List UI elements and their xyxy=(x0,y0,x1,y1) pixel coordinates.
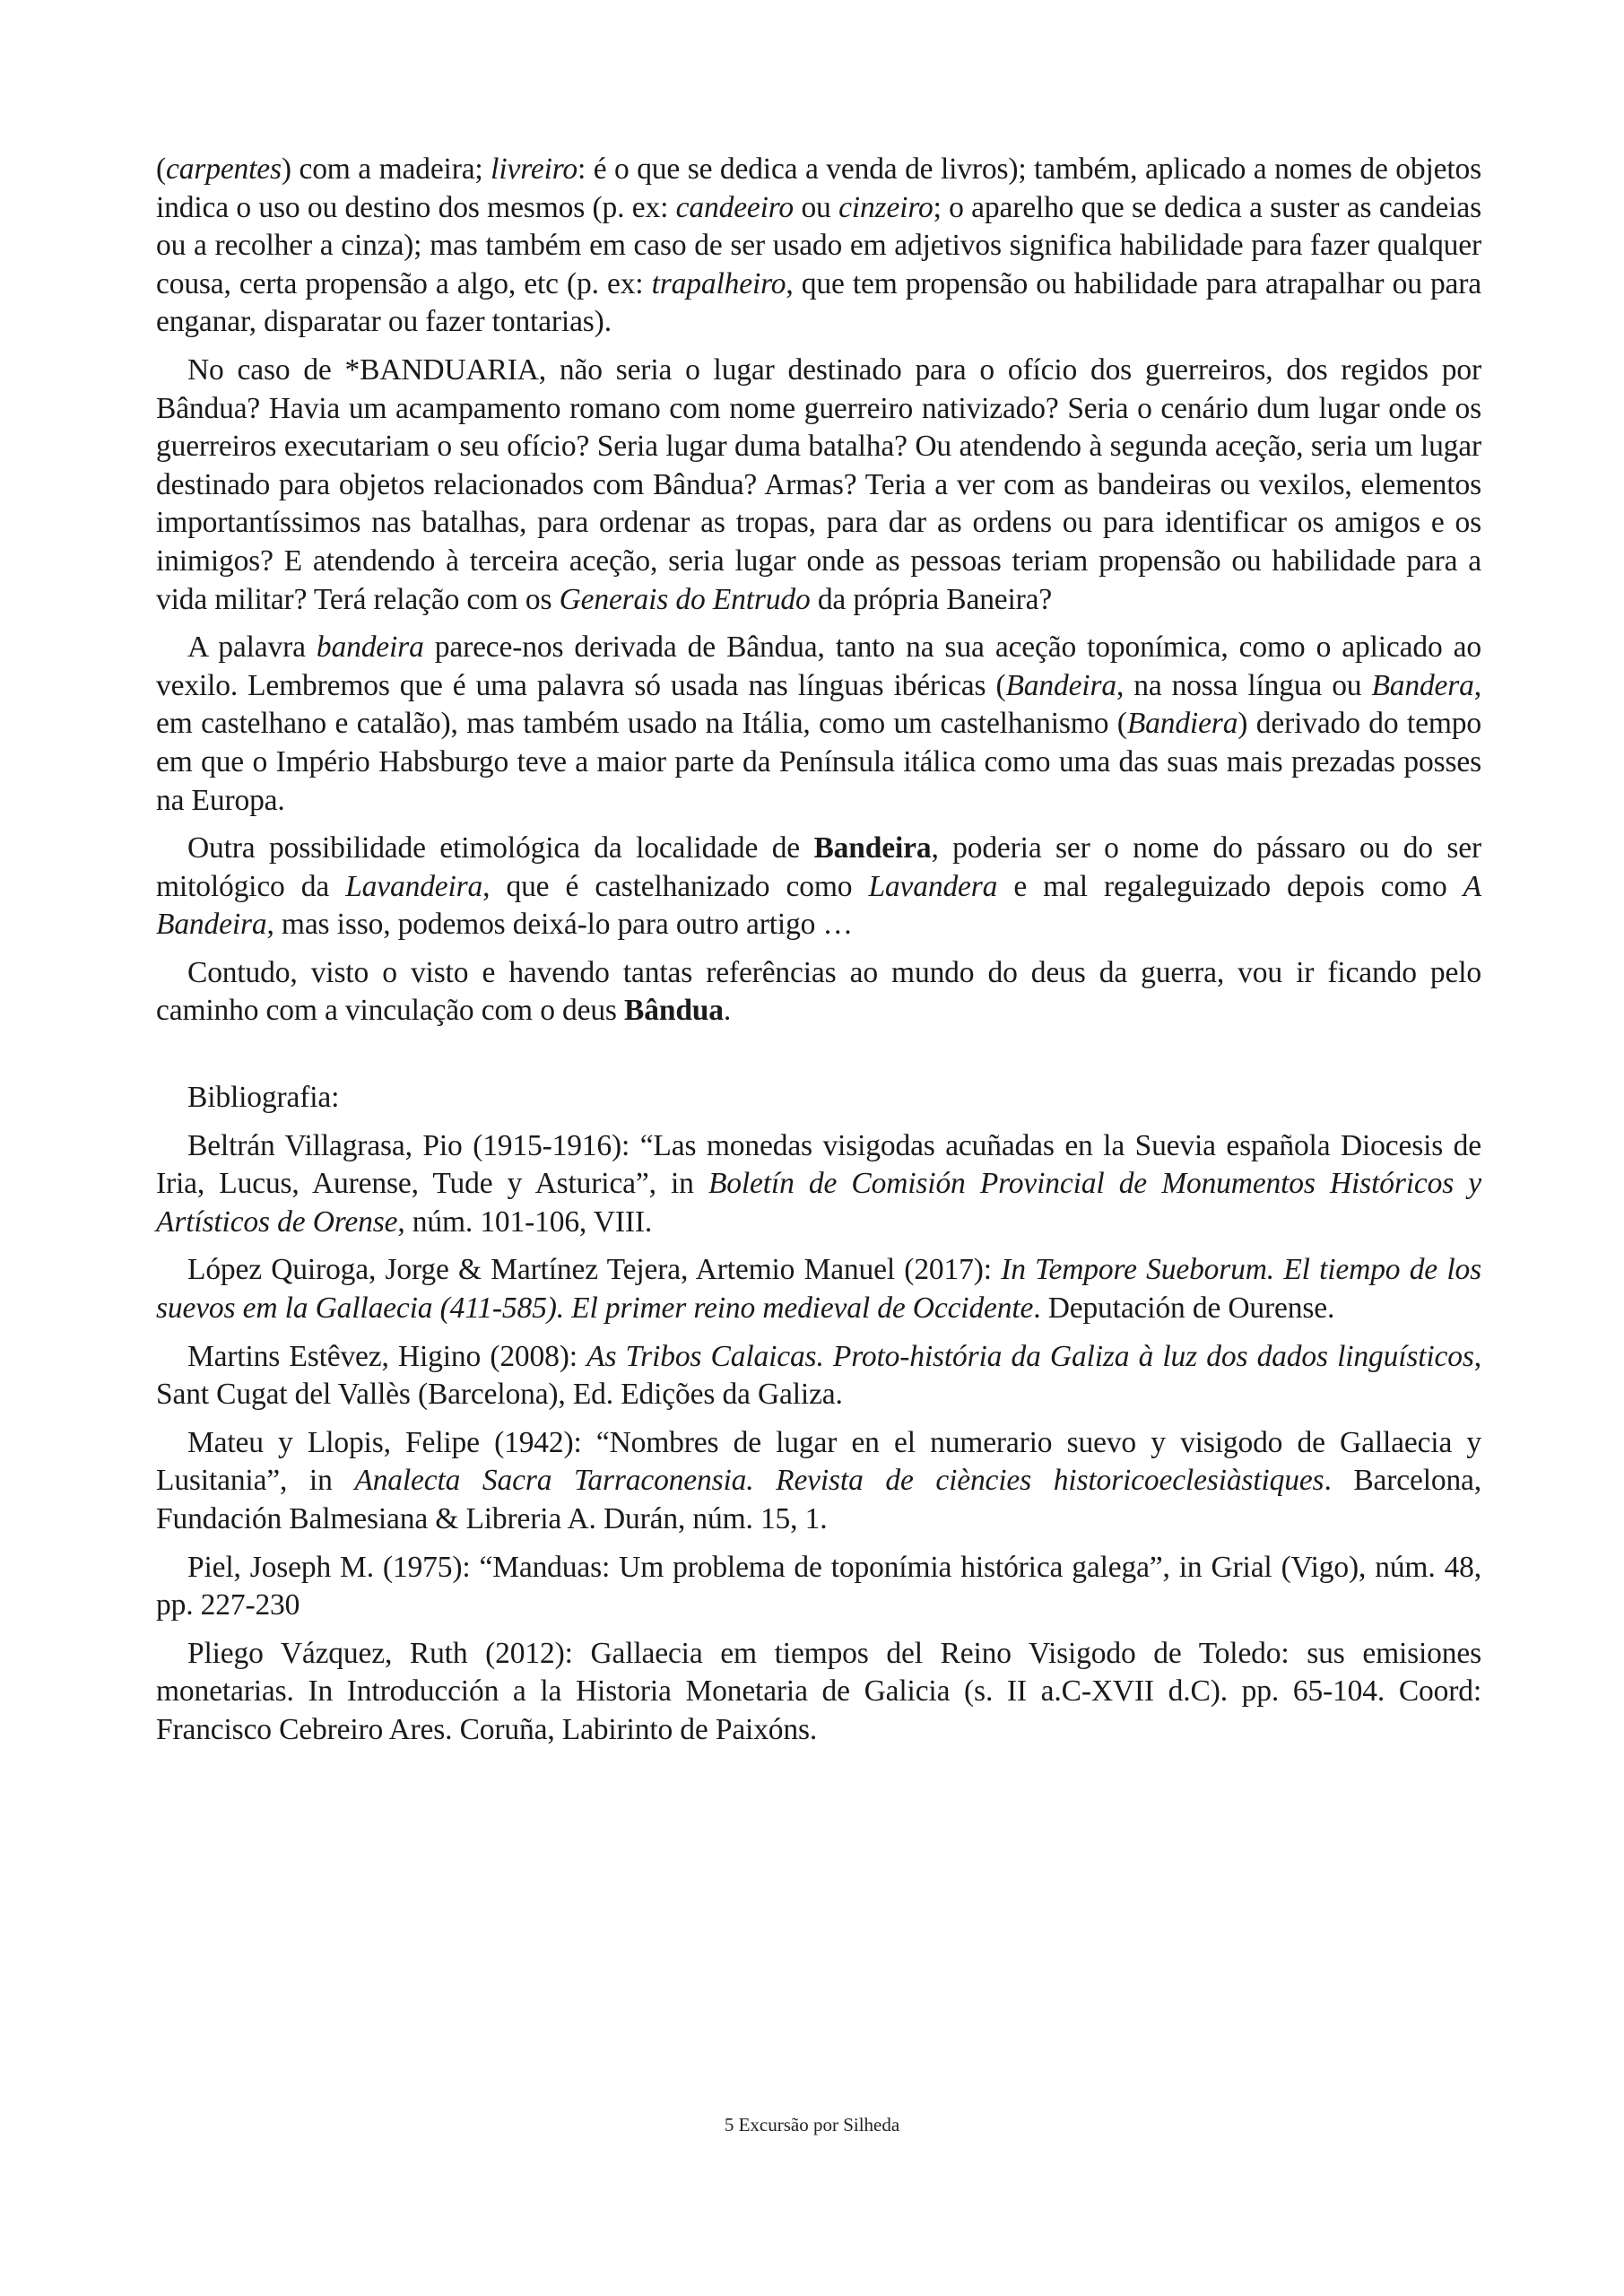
text-run: A palavra xyxy=(187,631,317,664)
bibliography-entry: Mateu y Llopis, Felipe (1942): “Nombres … xyxy=(156,1424,1481,1539)
page-footer: 5 Excursão por Silheda xyxy=(0,2114,1624,2136)
body-paragraph: (carpentes) com a madeira; livreiro: é o… xyxy=(156,151,1481,342)
text-run: . xyxy=(724,994,731,1027)
body-paragraph: A palavra bandeira parece-nos derivada d… xyxy=(156,629,1481,820)
italic-text: Lavandeira xyxy=(345,870,482,903)
italic-text: livreiro xyxy=(491,152,578,186)
text-run: . Deputación de Ourense. xyxy=(1033,1291,1334,1325)
bibliography-heading: Bibliografia: xyxy=(156,1079,1481,1118)
text-run: ( xyxy=(156,152,166,186)
document-page: (carpentes) com a madeira; livreiro: é o… xyxy=(156,151,1481,1760)
text-run: Martins Estêvez, Higino (2008): xyxy=(187,1340,586,1373)
italic-text: carpentes xyxy=(166,152,282,186)
bibliography-entry: Beltrán Villagrasa, Pio (1915-1916): “La… xyxy=(156,1127,1481,1242)
italic-text: bandeira xyxy=(317,631,424,664)
text-run: Pliego Vázquez, Ruth (2012): Gallaecia e… xyxy=(156,1637,1481,1746)
text-run: , mas isso, podemos deixá-lo para outro … xyxy=(266,908,852,941)
body-paragraph: Contudo, visto o visto e havendo tantas … xyxy=(156,954,1481,1031)
bold-text: Bândua xyxy=(624,994,724,1027)
text-run: da própria Baneira? xyxy=(811,583,1053,616)
text-run: e mal regaleguizado depois como xyxy=(997,870,1463,903)
text-run: , que é castelhanizado como xyxy=(482,870,868,903)
text-run: Contudo, visto o visto e havendo tantas … xyxy=(156,956,1481,1028)
italic-text: cinzeiro xyxy=(838,191,933,224)
bibliography-entry: Pliego Vázquez, Ruth (2012): Gallaecia e… xyxy=(156,1635,1481,1750)
italic-text: candeeiro xyxy=(676,191,794,224)
bibliography-entry: Martins Estêvez, Higino (2008): As Tribo… xyxy=(156,1338,1481,1414)
body-paragraph: No caso de *BANDUARIA, não seria o lugar… xyxy=(156,352,1481,619)
bibliography-entry: López Quiroga, Jorge & Martínez Tejera, … xyxy=(156,1251,1481,1327)
italic-text: Analecta Sacra Tarraconensia. Revista de… xyxy=(354,1464,1324,1497)
text-run: , na nossa língua ou xyxy=(1116,669,1371,702)
text-run: Outra possibilidade etimológica da local… xyxy=(187,831,813,865)
italic-text: Bandiera xyxy=(1127,707,1238,740)
text-run: No caso de *BANDUARIA, não seria o lugar… xyxy=(156,353,1481,616)
italic-text: Generais do Entrudo xyxy=(560,583,811,616)
italic-text: trapalheiro xyxy=(652,267,786,300)
bold-text: Bandeira xyxy=(813,831,931,865)
italic-text: Lavandera xyxy=(868,870,997,903)
body-paragraph: Outra possibilidade etimológica da local… xyxy=(156,830,1481,944)
italic-text: Bandeira xyxy=(1005,669,1116,702)
text-run: ) com a madeira; xyxy=(282,152,491,186)
italic-text: As Tribos Calaicas. Proto-história da Ga… xyxy=(586,1340,1474,1373)
bibliography-entry: Piel, Joseph M. (1975): “Manduas: Um pro… xyxy=(156,1549,1481,1625)
text-run: Piel, Joseph M. (1975): “Manduas: Um pro… xyxy=(156,1551,1481,1622)
italic-text: Bandera xyxy=(1371,669,1473,702)
bibliography-section: Bibliografia: Beltrán Villagrasa, Pio (1… xyxy=(156,1079,1481,1750)
text-run: ou xyxy=(794,191,838,224)
text-run: , núm. 101-106, VIII. xyxy=(397,1205,652,1239)
text-run: López Quiroga, Jorge & Martínez Tejera, … xyxy=(187,1253,1001,1286)
